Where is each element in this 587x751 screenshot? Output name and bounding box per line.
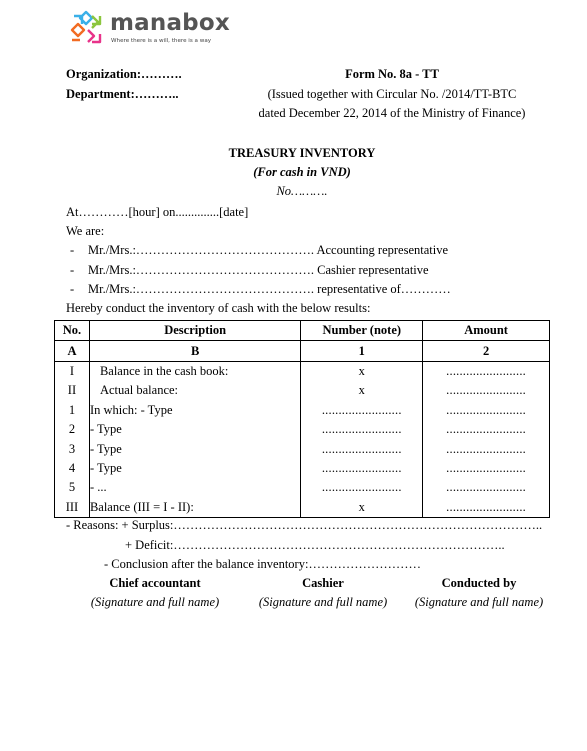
header-amount: Amount [423, 321, 550, 341]
row-amount[interactable]: ........................ [423, 478, 550, 497]
row-number[interactable]: ........................ [301, 478, 423, 497]
row-no: III [55, 498, 90, 518]
row-description: In which: - Type [89, 401, 300, 420]
code-1: 1 [301, 341, 423, 361]
reason-surplus: - Reasons: + Surplus:…………………………………………………… [66, 518, 542, 533]
brand-name: manabox [110, 10, 230, 36]
document-number: No………. [150, 184, 454, 199]
row-amount[interactable]: ........................ [423, 459, 550, 478]
row-amount[interactable]: ........................ [423, 401, 550, 420]
table-row: I Balance in the cash book: x ..........… [55, 361, 550, 381]
signature-conducted-by-note: (Signature and full name) [394, 595, 564, 610]
signature-chief-accountant-note: (Signature and full name) [70, 595, 240, 610]
row-no: I [55, 361, 90, 381]
conclusion-line: - Conclusion after the balance inventory… [104, 557, 421, 572]
document-title: TREASURY INVENTORY [150, 146, 454, 161]
code-2: 2 [423, 341, 550, 361]
row-number[interactable]: ........................ [301, 459, 423, 478]
signature-conducted-by-role: Conducted by [394, 576, 564, 591]
row-description: Actual balance: [89, 381, 300, 400]
manabox-logo: manabox Where there is a will, there is … [66, 8, 226, 48]
issued-line-2: dated December 22, 2014 of the Ministry … [240, 106, 544, 121]
row-no: 3 [55, 439, 90, 458]
row-description: Balance in the cash book: [89, 361, 300, 381]
member-dash: - [70, 282, 74, 297]
member-accounting: Mr./Mrs.:……………………………………. Accounting repr… [88, 243, 448, 258]
row-no: 4 [55, 459, 90, 478]
header-description: Description [89, 321, 300, 341]
row-amount[interactable]: ........................ [423, 439, 550, 458]
signature-cashier-role: Cashier [238, 576, 408, 591]
department-field: Department:……….. [66, 87, 178, 102]
row-amount[interactable]: ........................ [423, 381, 550, 400]
row-number[interactable]: x [301, 498, 423, 518]
row-no: 5 [55, 478, 90, 497]
time-line: At…………[hour] on..............[date] [66, 205, 248, 220]
table-row: 5 - ... ........................ .......… [55, 478, 550, 497]
row-description: - Type [89, 439, 300, 458]
document-subtitle: (For cash in VND) [150, 165, 454, 180]
row-number[interactable]: x [301, 361, 423, 381]
form-number: Form No. 8a - TT [280, 67, 504, 82]
header-number: Number (note) [301, 321, 423, 341]
member-dash: - [70, 243, 74, 258]
row-description: - ... [89, 478, 300, 497]
inventory-table: No. Description Number (note) Amount A B… [54, 320, 550, 518]
row-number[interactable]: ........................ [301, 420, 423, 439]
table-row: 2 - Type ........................ ......… [55, 420, 550, 439]
signature-chief-accountant-role: Chief accountant [70, 576, 240, 591]
row-amount[interactable]: ........................ [423, 361, 550, 381]
row-no: 1 [55, 401, 90, 420]
row-number[interactable]: ........................ [301, 401, 423, 420]
row-description: - Type [89, 420, 300, 439]
row-no: 2 [55, 420, 90, 439]
row-no: II [55, 381, 90, 400]
issued-line-1: (Issued together with Circular No. /2014… [240, 87, 544, 102]
member-cashier: Mr./Mrs.:……………………………………. Cashier represe… [88, 263, 429, 278]
signature-cashier-note: (Signature and full name) [238, 595, 408, 610]
row-description: - Type [89, 459, 300, 478]
hereby-text: Hereby conduct the inventory of cash wit… [66, 301, 370, 316]
table-row: II Actual balance: x ...................… [55, 381, 550, 400]
table-row: 1 In which: - Type .....................… [55, 401, 550, 420]
code-b: B [89, 341, 300, 361]
header-no: No. [55, 321, 90, 341]
member-other: Mr./Mrs.:……………………………………. representative … [88, 282, 451, 297]
manabox-logo-icon [66, 8, 106, 48]
organization-field: Organization:………. [66, 67, 182, 82]
table-row: III Balance (III = I - II): x ..........… [55, 498, 550, 518]
table-row: 3 - Type ........................ ......… [55, 439, 550, 458]
table-header-row: No. Description Number (note) Amount [55, 321, 550, 341]
row-amount[interactable]: ........................ [423, 420, 550, 439]
member-dash: - [70, 263, 74, 278]
code-a: A [55, 341, 90, 361]
brand-tagline: Where there is a will, there is a way [111, 38, 211, 44]
row-number[interactable]: x [301, 381, 423, 400]
row-description: Balance (III = I - II): [89, 498, 300, 518]
reason-deficit: + Deficit:…………………………………………………………………….. [125, 538, 505, 553]
row-amount[interactable]: ........................ [423, 498, 550, 518]
row-number[interactable]: ........................ [301, 439, 423, 458]
we-are-label: We are: [66, 224, 104, 239]
table-row: 4 - Type ........................ ......… [55, 459, 550, 478]
table-code-row: A B 1 2 [55, 341, 550, 361]
